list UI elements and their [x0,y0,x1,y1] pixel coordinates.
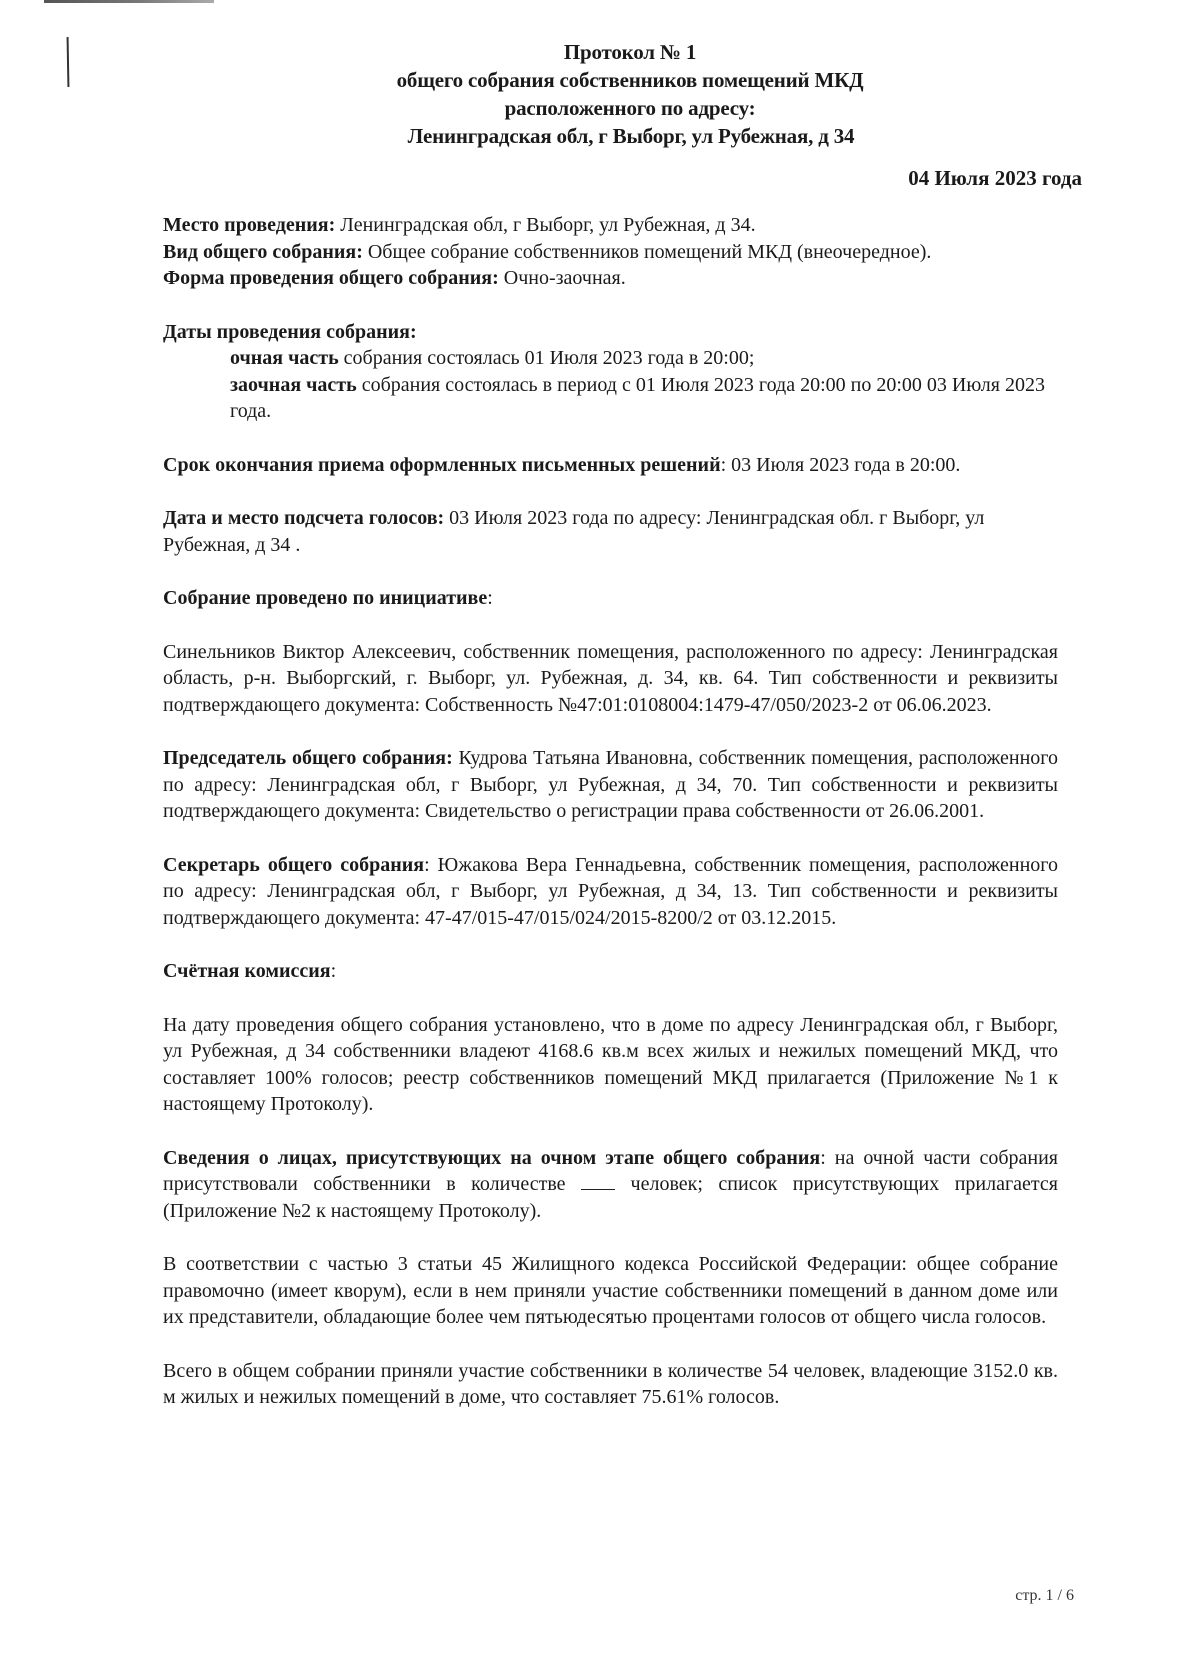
vote-counting: Дата и место подсчета голосов: 03 Июля 2… [163,505,1058,558]
secretary-label: Секретарь общего собрания [163,854,424,876]
absentee-part: заочная часть собрания состоялась в пери… [163,372,1058,425]
secretary: Секретарь общего собрания: Южакова Вера … [163,852,1058,932]
document-header: Протокол № 1 общего собрания собственник… [0,38,1200,150]
meeting-type-value: Общее собрание собственников помещений М… [363,241,932,263]
commission-label: Счётная комиссия [163,960,331,982]
decisions-deadline: Срок окончания приема оформленных письме… [163,452,1058,479]
participation-text: Всего в общем собрании приняли участие с… [163,1358,1058,1411]
attendees-count-blank [581,1188,615,1190]
initiator-text: Синельников Виктор Алексеевич, собственн… [163,639,1058,719]
meeting-form-value: Очно-заочная. [499,267,626,289]
document-address: Ленинградская обл, г Выборг, ул Рубежная… [62,122,1200,150]
meeting-form-label: Форма проведения общего собрания: [163,267,499,289]
commission-heading: Счётная комиссия: [163,958,1058,985]
document-title: Протокол № 1 [60,38,1200,66]
document-date: 04 Июля 2023 года [908,166,1082,191]
meeting-type: Вид общего собрания: Общее собрание собс… [163,239,1058,266]
chairman: Председатель общего собрания: Кудрова Та… [163,745,1058,825]
meeting-type-label: Вид общего собрания: [163,241,363,263]
commission-text: На дату проведения общего собрания устан… [163,1012,1058,1118]
document-subtitle-address-intro: расположенного по адресу: [60,94,1200,122]
fulltime-part: очная часть собрания состоялась 01 Июля … [163,345,1058,372]
meeting-form: Форма проведения общего собрания: Очно-з… [163,265,1058,292]
attendees-label: Сведения о лицах, присутствующих на очно… [163,1147,820,1169]
initiator-label-colon: : [487,587,493,609]
meeting-place: Место проведения: Ленинградская обл, г В… [163,212,1058,239]
fulltime-label: очная часть [230,347,339,369]
vote-counting-label: Дата и место подсчета голосов: [163,507,444,529]
document-subtitle: общего собрания собственников помещений … [60,66,1200,94]
meeting-dates-heading: Даты проведения собрания: [163,319,1058,346]
decisions-deadline-label: Срок окончания приема оформленных письме… [163,454,721,476]
absentee-label: заочная часть [230,374,357,396]
commission-label-colon: : [331,960,337,982]
document-body: Место проведения: Ленинградская обл, г В… [163,212,1058,1411]
fulltime-value: собрания состоялась 01 Июля 2023 года в … [339,347,755,369]
page-number: стр. 1 / 6 [1015,1587,1074,1605]
chairman-label: Председатель общего собрания: [163,747,453,769]
scan-artifact-top [44,0,214,3]
meeting-dates-label: Даты проведения собрания: [163,321,417,343]
meeting-place-label: Место проведения: [163,214,335,236]
meeting-place-value: Ленинградская обл, г Выборг, ул Рубежная… [335,214,755,236]
initiator-label: Собрание проведено по инициативе [163,587,487,609]
quorum-rule-text: В соответствии с частью 3 статьи 45 Жили… [163,1251,1058,1331]
attendees: Сведения о лицах, присутствующих на очно… [163,1145,1058,1225]
decisions-deadline-value: : 03 Июля 2023 года в 20:00. [721,454,961,476]
initiator-heading: Собрание проведено по инициативе: [163,585,1058,612]
